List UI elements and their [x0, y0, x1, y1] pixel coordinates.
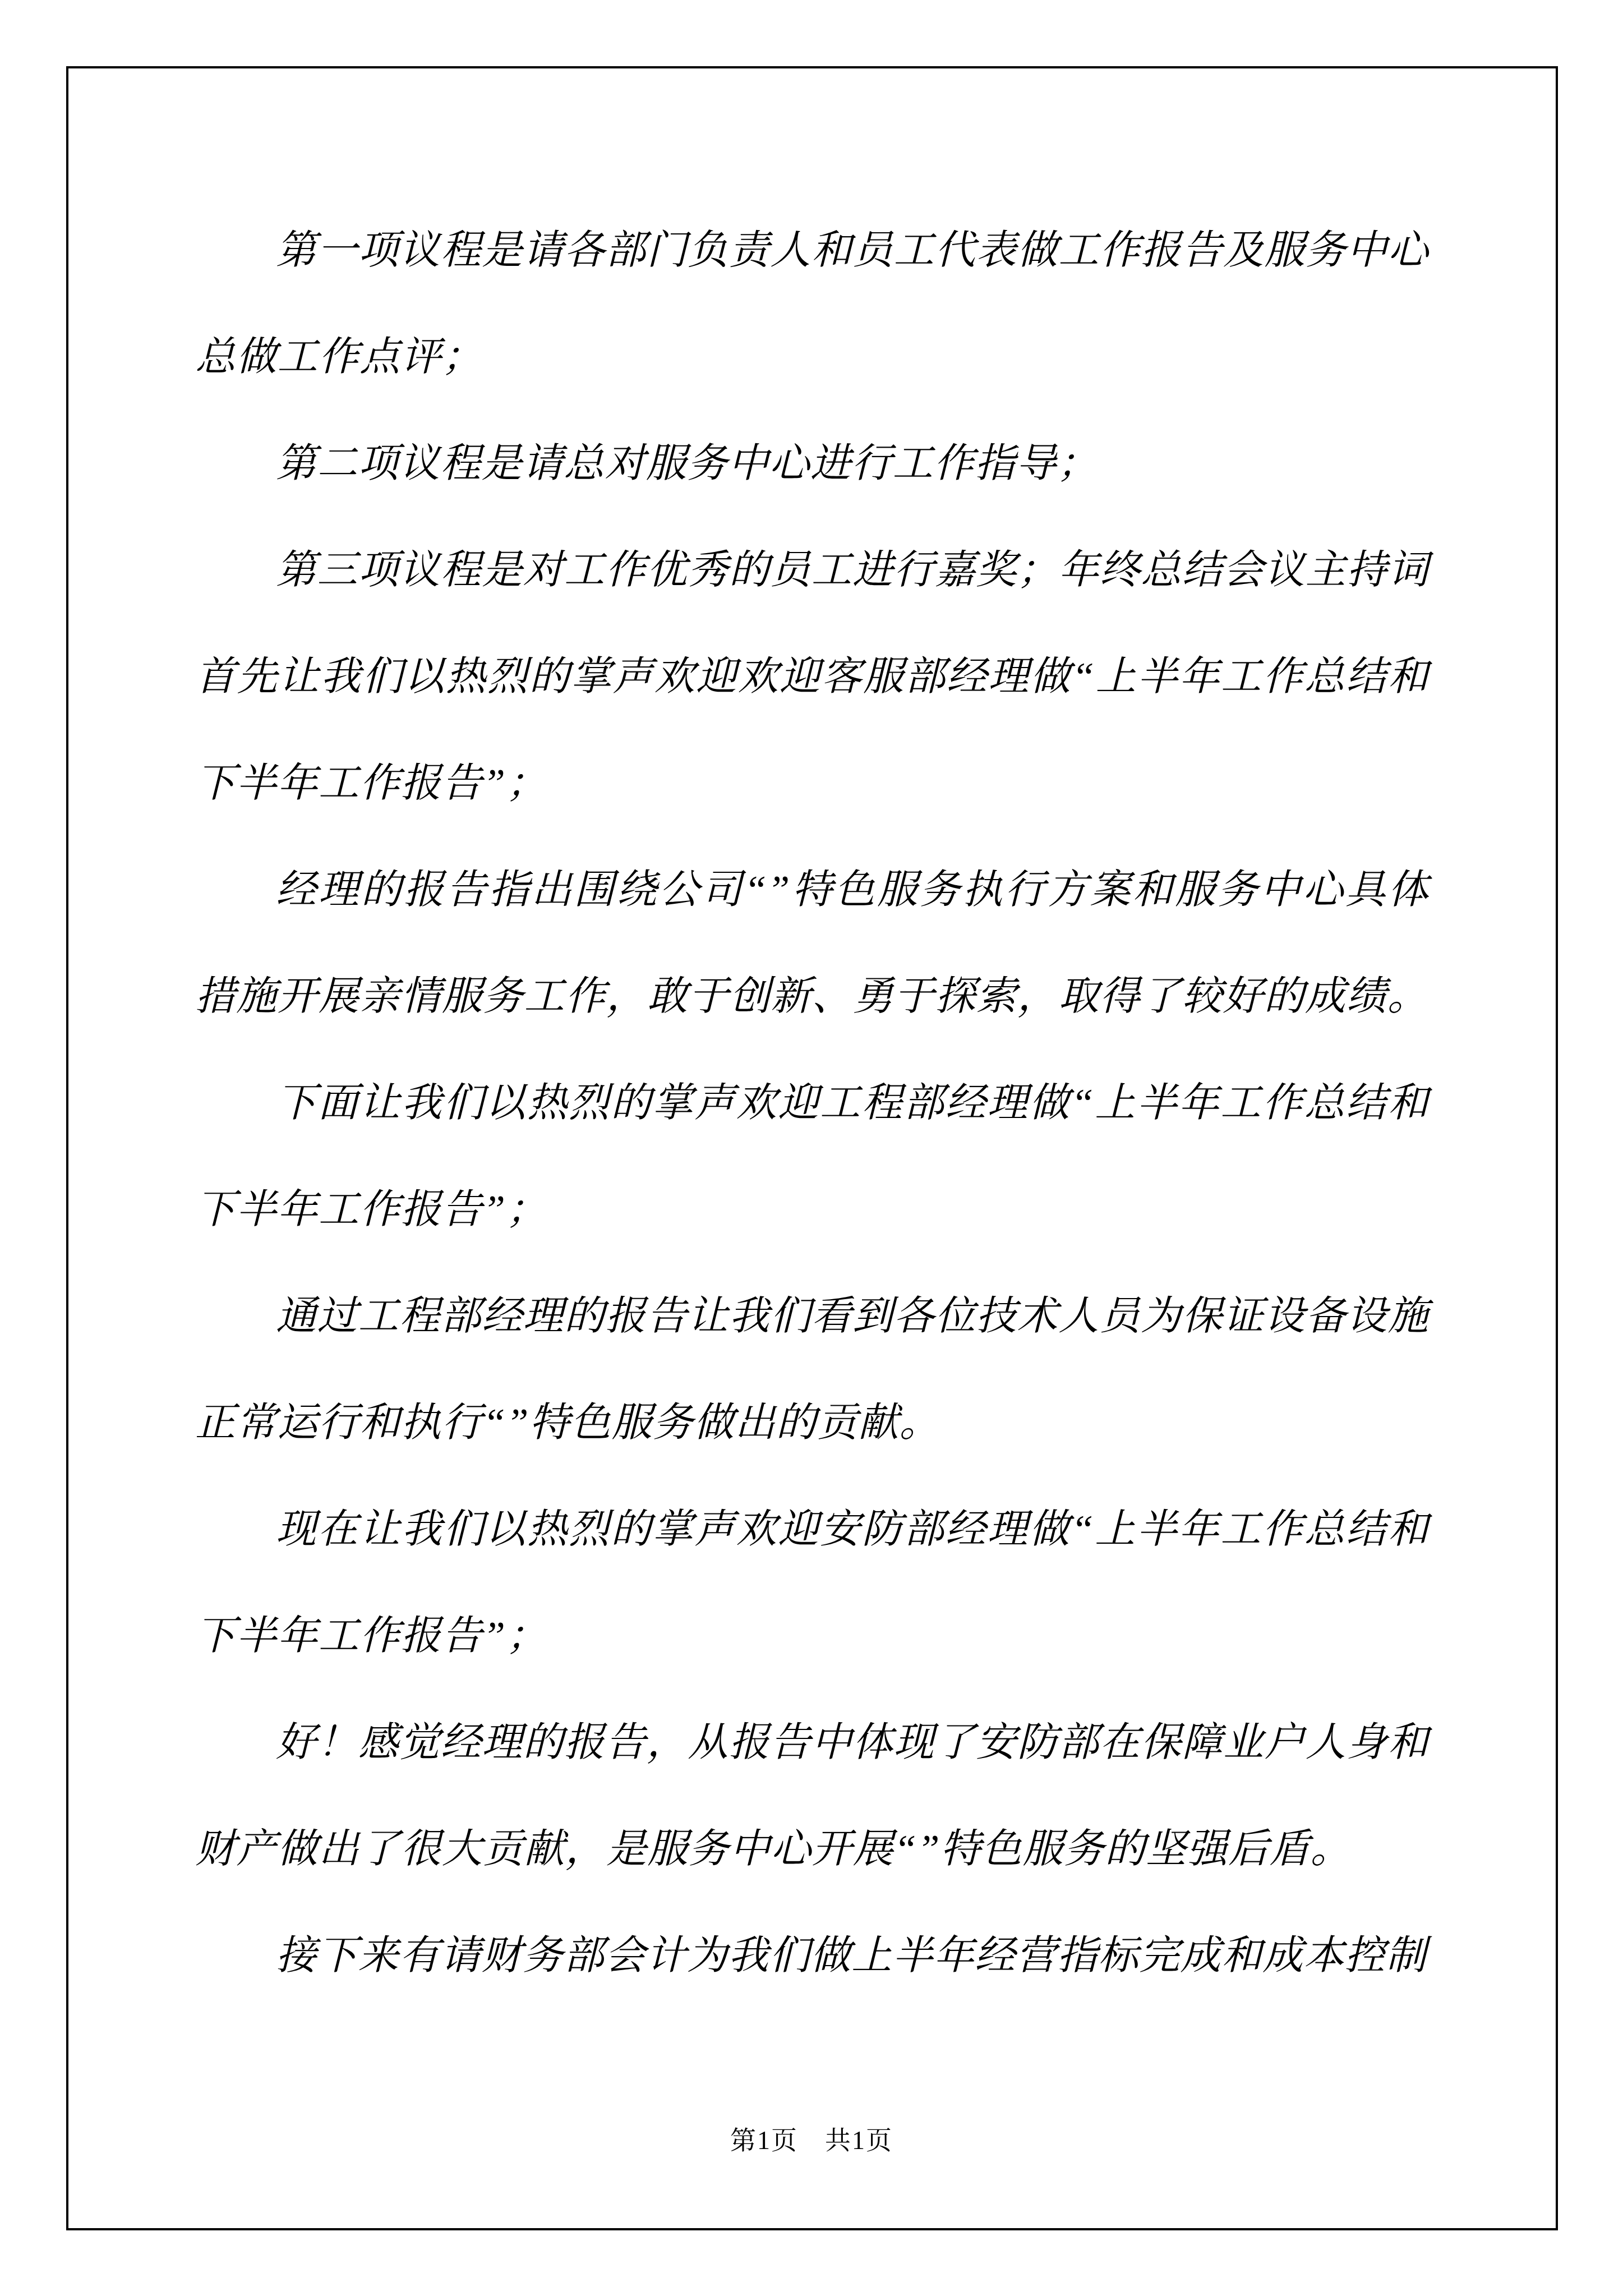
paragraph: 第一项议程是请各部门负责人和员工代表做工作报告及服务中心总做工作点评；: [195, 197, 1429, 410]
body-text: 第一项议程是请各部门负责人和员工代表做工作报告及服务中心总做工作点评； 第二项议…: [195, 197, 1429, 2009]
page-number: 第1页 共1页: [730, 2126, 893, 2155]
page-footer: 第1页 共1页: [0, 2124, 1623, 2157]
document-page: 第一项议程是请各部门负责人和员工代表做工作报告及服务中心总做工作点评； 第二项议…: [0, 0, 1623, 2296]
paragraph: 好！感觉经理的报告，从报告中体现了安防部在保障业户人身和财产做出了很大贡献，是服…: [195, 1689, 1429, 1902]
paragraph: 第三项议程是对工作优秀的员工进行嘉奖；年终总结会议主持词首先让我们以热烈的掌声欢…: [195, 517, 1429, 836]
paragraph: 第二项议程是请总对服务中心进行工作指导；: [195, 410, 1429, 517]
paragraph: 现在让我们以热烈的掌声欢迎安防部经理做“上半年工作总结和下半年工作报告”；: [195, 1476, 1429, 1689]
paragraph: 接下来有请财务部会计为我们做上半年经营指标完成和成本控制: [195, 1902, 1429, 2009]
paragraph: 下面让我们以热烈的掌声欢迎工程部经理做“上半年工作总结和下半年工作报告”；: [195, 1050, 1429, 1263]
paragraph: 通过工程部经理的报告让我们看到各位技术人员为保证设备设施正常运行和执行“”特色服…: [195, 1263, 1429, 1476]
paragraph: 经理的报告指出围绕公司“”特色服务执行方案和服务中心具体措施开展亲情服务工作，敢…: [195, 836, 1429, 1050]
